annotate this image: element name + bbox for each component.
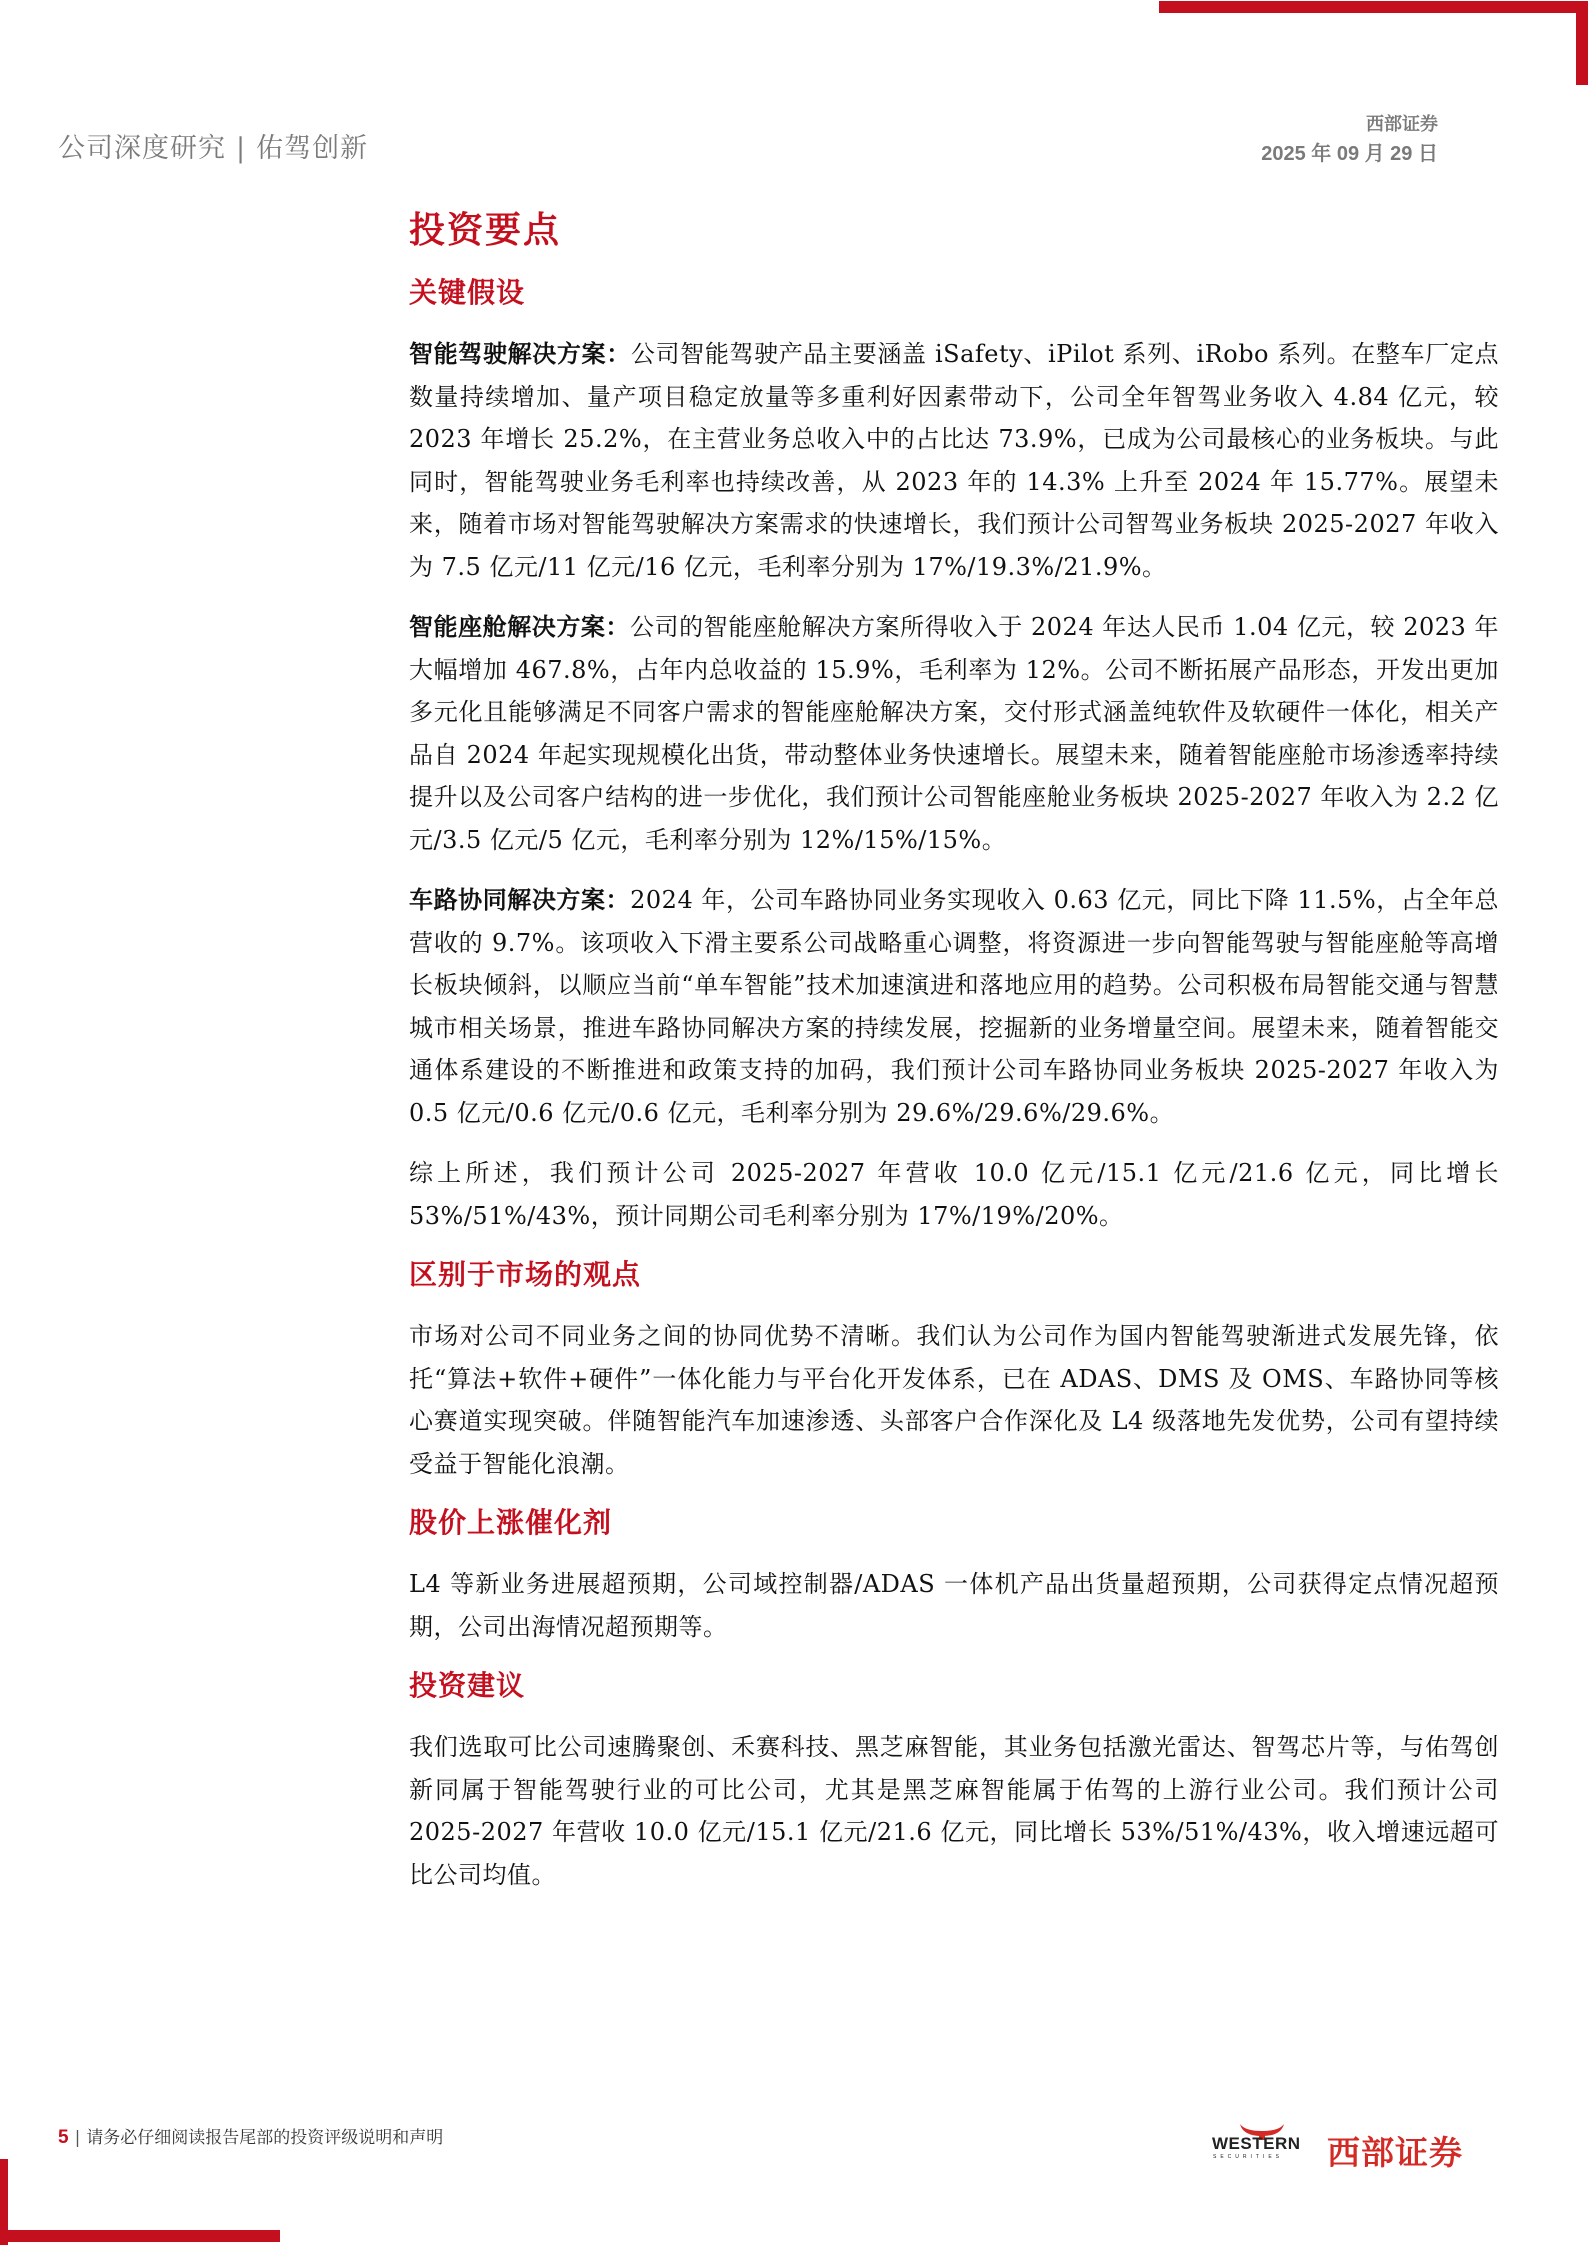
- section-title-key-assumptions: 关键假设: [409, 273, 1499, 313]
- footer-separator: |: [75, 2128, 81, 2148]
- corner-decoration-bottom-horizontal: [0, 2230, 280, 2242]
- page-number: 5: [58, 2127, 69, 2148]
- section-title-catalysts: 股价上涨催化剂: [409, 1503, 1499, 1543]
- page-title: 投资要点: [409, 205, 1499, 255]
- paragraph-lead: 车路协同解决方案：: [409, 885, 630, 914]
- report-date: 2025 年 09 月 29 日: [1261, 137, 1438, 166]
- logo-chinese: 西部证券: [1327, 2127, 1463, 2174]
- corner-decoration-top-horizontal: [1159, 1, 1588, 13]
- paragraph-differentiated-view: 市场对公司不同业务之间的协同优势不清晰。我们认为公司作为国内智能驾驶渐进式发展先…: [409, 1315, 1499, 1485]
- footer-disclaimer: 5|请务必仔细阅读报告尾部的投资评级说明和声明: [58, 2123, 443, 2149]
- logo-english: WESTERN: [1212, 2134, 1301, 2154]
- corner-decoration-top-vertical: [1576, 1, 1588, 85]
- paragraph-text: 公司智能驾驶产品主要涵盖 iSafety、iPilot 系列、iRobo 系列。…: [409, 340, 1499, 581]
- report-type: 公司深度研究: [58, 133, 226, 164]
- paragraph-summary: 综上所述，我们预计公司 2025-2027 年营收 10.0 亿元/15.1 亿…: [409, 1152, 1499, 1237]
- western-securities-logo: WESTERN SECURITIES 西部证券: [1212, 2122, 1512, 2172]
- paragraph-lead: 智能驾驶解决方案：: [409, 339, 631, 368]
- paragraph-cockpit: 智能座舱解决方案：公司的智能座舱解决方案所得收入于 2024 年达人民币 1.0…: [409, 606, 1499, 861]
- paragraph-lead: 智能座舱解决方案：: [409, 612, 630, 641]
- main-content: 投资要点 关键假设 智能驾驶解决方案：公司智能驾驶产品主要涵盖 iSafety、…: [409, 205, 1499, 1914]
- paragraph-text: 综上所述，我们预计公司 2025-2027 年营收 10.0 亿元/15.1 亿…: [409, 1159, 1499, 1230]
- paragraph-investment-advice: 我们选取可比公司速腾聚创、禾赛科技、黑芝麻智能，其业务包括激光雷达、智驾芯片等，…: [409, 1726, 1499, 1896]
- paragraph-v2x: 车路协同解决方案：2024 年，公司车路协同业务实现收入 0.63 亿元，同比下…: [409, 879, 1499, 1134]
- paragraph-text: 公司的智能座舱解决方案所得收入于 2024 年达人民币 1.04 亿元，较 20…: [409, 613, 1499, 854]
- header-separator: |: [236, 133, 246, 164]
- section-title-differentiated-view: 区别于市场的观点: [409, 1255, 1499, 1295]
- logo-english-sub: SECURITIES: [1213, 2154, 1283, 2160]
- broker-name: 西部证券: [1366, 110, 1438, 136]
- paragraph-adas: 智能驾驶解决方案：公司智能驾驶产品主要涵盖 iSafety、iPilot 系列、…: [409, 333, 1499, 588]
- paragraph-catalysts: L4 等新业务进展超预期，公司域控制器/ADAS 一体机产品出货量超预期，公司获…: [409, 1563, 1499, 1648]
- paragraph-text: 2024 年，公司车路协同业务实现收入 0.63 亿元，同比下降 11.5%，占…: [409, 886, 1499, 1127]
- report-header-left: 公司深度研究|佑驾创新: [58, 126, 368, 165]
- section-title-investment-advice: 投资建议: [409, 1666, 1499, 1706]
- disclaimer-text: 请务必仔细阅读报告尾部的投资评级说明和声明: [86, 2128, 443, 2148]
- company-name: 佑驾创新: [256, 133, 368, 164]
